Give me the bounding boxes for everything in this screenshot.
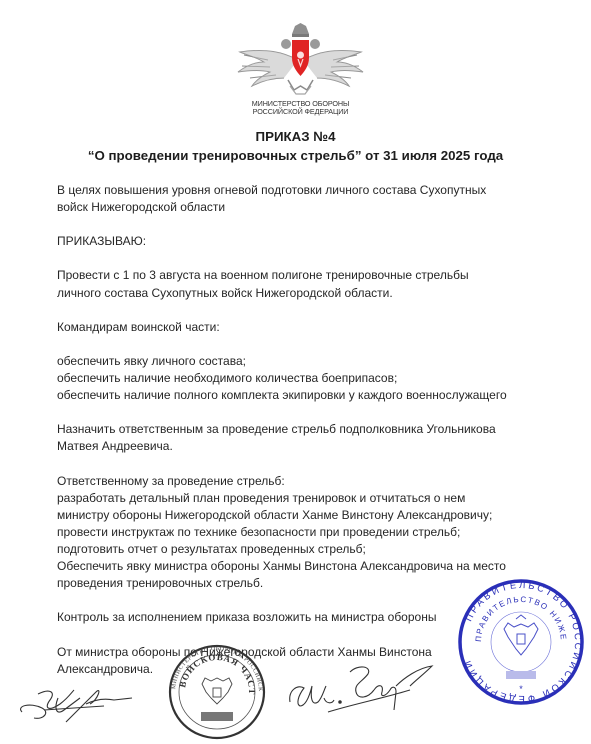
task-item: подготовить отчет о результатах проведен…: [57, 541, 557, 558]
intro-paragraph: В целях повышения уровня огневой подгото…: [57, 182, 557, 216]
signature-left: [14, 670, 134, 730]
double-headed-eagle-emblem-icon: [228, 22, 373, 100]
military-unit-stamp: МИНИСТЕРСТВО ОБОРОНЫ РОССИЙСКОЙ ФЕДЕРАЦИ…: [167, 644, 267, 740]
task-item: разработать детальный план проведения тр…: [57, 490, 557, 507]
round-stamp-icon: МИНИСТЕРСТВО ОБОРОНЫ РОССИЙСКОЙ ФЕДЕРАЦИ…: [167, 644, 267, 740]
appoint-paragraph: Назначить ответственным за проведение ст…: [57, 421, 557, 455]
blue-government-stamp: ПРАВИТЕЛЬСТВО РОССИЙСКОЙ ФЕДЕРАЦИИ ПРАВИ…: [456, 579, 586, 706]
task-item: обеспечить наличие полного комплекта эки…: [57, 387, 557, 404]
svg-text:*: *: [519, 684, 523, 694]
item-conduct-firing: Провести с 1 по 3 августа на военном пол…: [57, 267, 557, 301]
order-subtitle: “О проведении тренировочных стрельб” от …: [0, 148, 591, 163]
order-word: ПРИКАЗЫВАЮ:: [57, 233, 557, 250]
commanders-heading: Командирам воинской части:: [57, 319, 557, 336]
commanders-tasks: обеспечить явку личного состава; обеспеч…: [57, 353, 557, 404]
task-item: обеспечить явку личного состава;: [57, 353, 557, 370]
task-item: провести инструктаж по технике безопасно…: [57, 524, 557, 541]
task-item: министру обороны Нижегородской области Х…: [57, 507, 557, 524]
text-line: Назначить ответственным за проведение ст…: [57, 421, 557, 438]
emblem-caption-line2: РОССИЙСКОЙ ФЕДЕРАЦИИ: [228, 108, 373, 116]
text-line: личного состава Сухопутных войск Нижегор…: [57, 285, 557, 302]
text-line: Провести с 1 по 3 августа на военном пол…: [57, 267, 557, 284]
responsible-section: Ответственному за проведение стрельб: ра…: [57, 473, 557, 593]
handwritten-signature-icon: [14, 670, 134, 730]
handwritten-signature-icon: [284, 660, 444, 720]
round-stamp-icon: ПРАВИТЕЛЬСТВО РОССИЙСКОЙ ФЕДЕРАЦИИ ПРАВИ…: [456, 579, 586, 706]
responsible-heading: Ответственному за проведение стрельб:: [57, 473, 557, 490]
task-item: обеспечить наличие необходимого количест…: [57, 370, 557, 387]
text-line: Матвея Андреевича.: [57, 438, 557, 455]
ministry-emblem: МИНИСТЕРСТВО ОБОРОНЫ РОССИЙСКОЙ ФЕДЕРАЦИ…: [228, 22, 373, 122]
task-item: Обеспечить явку министра обороны Ханмы В…: [57, 558, 557, 575]
text-line: В целях повышения уровня огневой подгото…: [57, 182, 557, 199]
signature-right: [284, 660, 444, 720]
order-title: ПРИКАЗ №4: [0, 129, 591, 144]
text-line: войск Нижегородской области: [57, 199, 557, 216]
